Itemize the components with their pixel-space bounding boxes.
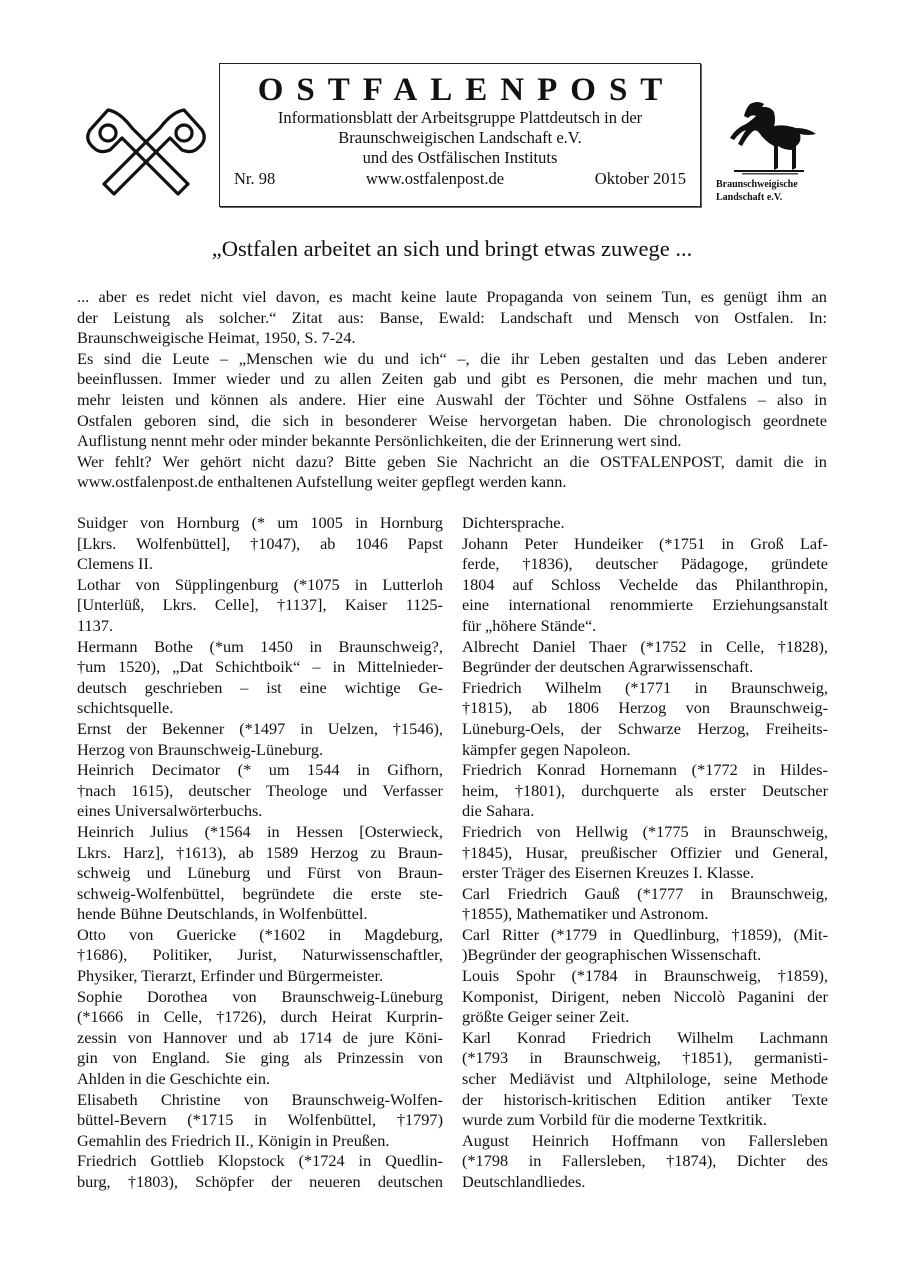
- intro-line: www.ostfalenpost.de enthaltenen Aufstell…: [77, 472, 827, 493]
- right-column-line: erster Träger des Eisernen Kreuzes I. Kl…: [462, 863, 828, 884]
- intro-line: EssinddieLeute–„Menschenwieduundich“–,di…: [77, 349, 827, 370]
- left-column-line: Herzog von Braunschweig-Lüneburg.: [77, 740, 443, 761]
- left-column-line: hende Bühne Deutschlands, in Wolfenbütte…: [77, 904, 443, 925]
- left-column-line: deutschgeschrieben–isteinewichtigeGe-: [77, 678, 443, 699]
- right-column-line: Komponist,Dirigent,nebenNiccolòPaganinid…: [462, 987, 828, 1008]
- left-column-line: Physiker, Tierarzt, Erfinder und Bürgerm…: [77, 966, 443, 987]
- right-column: Dichtersprache.JohannPeterHundeiker(*175…: [462, 513, 828, 1193]
- left-column-line: schichtsquelle.: [77, 698, 443, 719]
- right-column-line: †1815),ab1806HerzogvonBraunschweig-: [462, 698, 828, 719]
- intro-line: beeinflussen.ImmerwiederundzuallenZeiten…: [77, 369, 827, 390]
- left-column-line: Gemahlin des Friedrich II., Königin in P…: [77, 1131, 443, 1152]
- left-column-line: HeinrichDecimator(*um1544inGifhorn,: [77, 760, 443, 781]
- left-column-line: †nach1615),deutscherTheologeundVerfasser: [77, 781, 443, 802]
- right-column-line: FriedrichvonHellwig(*1775inBraunschweig,: [462, 822, 828, 843]
- right-column-line: LouisSpohr(*1784inBraunschweig,†1859),: [462, 966, 828, 987]
- right-column-line: AlbrechtDanielThaer(*1752inCelle,†1828),: [462, 637, 828, 658]
- right-column-line: FriedrichWilhelm(*1771inBraunschweig,: [462, 678, 828, 699]
- left-column-line: ginvonEngland.SiegingalsPrinzessinvon: [77, 1048, 443, 1069]
- left-column-line: FriedrichGottliebKlopstock(*1724inQuedli…: [77, 1151, 443, 1172]
- left-column-line: (*1666inCelle,†1726),durchHeiratKurprin-: [77, 1007, 443, 1028]
- logo-caption-line-2: Landschaft e.V.: [716, 191, 798, 204]
- masthead-subtitle-line-1: Informationsblatt der Arbeitsgruppe Plat…: [220, 108, 700, 128]
- left-column-line: schweigundLüneburgundFürstvonBraun-: [77, 863, 443, 884]
- left-column-line: [Lkrs.Wolfenbüttel],†1047),ab1046Papst: [77, 534, 443, 555]
- right-column-line: )Begründer der geographischen Wissenscha…: [462, 945, 828, 966]
- horse-logo-caption: Braunschweigische Landschaft e.V.: [716, 178, 798, 204]
- right-column-line: Dichtersprache.: [462, 513, 828, 534]
- website-link[interactable]: www.ostfalenpost.de: [366, 169, 504, 189]
- right-column-line: Lüneburg-Oels,derSchwarzeHerzog,Freiheit…: [462, 719, 828, 740]
- masthead-footer: Nr. 98 www.ostfalenpost.de Oktober 2015: [220, 169, 700, 189]
- left-column-line: schweig-Wolfenbüttel,begründetedieerstes…: [77, 884, 443, 905]
- intro-line: mehrleistenundkönnenalsandere.HiereineAu…: [77, 390, 827, 411]
- masthead-subtitle-line-3: und des Ostfälischen Instituts: [220, 148, 700, 168]
- right-column-line: scherMediävistundAltphilologe,seineMetho…: [462, 1069, 828, 1090]
- left-column-line: OttovonGuericke(*1602inMagdeburg,: [77, 925, 443, 946]
- masthead-subtitle-line-2: Braunschweigischen Landschaft e.V.: [220, 128, 700, 148]
- left-column-line: SophieDorotheavonBraunschweig-Lüneburg: [77, 987, 443, 1008]
- right-column-line: kämpfer gegen Napoleon.: [462, 740, 828, 761]
- right-column-line: derhistorisch-kritischenEditionantikerTe…: [462, 1090, 828, 1111]
- right-column-line: FriedrichKonradHornemann(*1772inHildes-: [462, 760, 828, 781]
- right-column-line: KarlKonradFriedrichWilhelmLachmann: [462, 1028, 828, 1049]
- intro-line: ...aberesredetnichtvieldavon,esmachtkein…: [77, 287, 827, 308]
- right-column-line: die Sahara.: [462, 801, 828, 822]
- left-column-line: LotharvonSüpplingenburg(*1075inLutterloh: [77, 575, 443, 596]
- right-column-line: (*1793inBraunschweig,†1851),germanisti-: [462, 1048, 828, 1069]
- left-column-line: burg,†1803),Schöpferderneuerendeutschen: [77, 1172, 443, 1193]
- left-column-line: 1137.: [77, 616, 443, 637]
- logo-caption-line-1: Braunschweigische: [716, 178, 798, 191]
- right-column-line: eineinternationalrenommierteErziehungsan…: [462, 595, 828, 616]
- intro-line: Braunschweigische Heimat, 1950, S. 7-24.: [77, 328, 827, 349]
- left-column-line: Lkrs.Harz],†1613),ab1589HerzogzuBraun-: [77, 843, 443, 864]
- right-column-line: †1845),Husar,preußischerOffizierundGener…: [462, 843, 828, 864]
- intro-line: Ostfalengeborensind,diesichinbesondererW…: [77, 411, 827, 432]
- right-column-line: (*1798inFallersleben,†1874),Dichterdes: [462, 1151, 828, 1172]
- left-column-line: †um1520),„DatSchichtboik“–inMittelnieder…: [77, 657, 443, 678]
- right-column-line: AugustHeinrichHoffmannvonFallersleben: [462, 1131, 828, 1152]
- masthead: OSTFALENPOST Informationsblatt der Arbei…: [219, 63, 701, 207]
- right-column-line: CarlRitter(*1779inQuedlinburg,†1859),(Mi…: [462, 925, 828, 946]
- left-column: SuidgervonHornburg(*um1005inHornburg[Lkr…: [77, 513, 443, 1193]
- publication-title: OSTFALENPOST: [220, 72, 700, 108]
- left-column-line: Ahlden in die Geschichte ein.: [77, 1069, 443, 1090]
- left-column-line: HeinrichJulius(*1564inHessen[Osterwieck,: [77, 822, 443, 843]
- left-column-line: †1686),Politiker,Jurist,Naturwissenschaf…: [77, 945, 443, 966]
- article-intro: ...aberesredetnichtvieldavon,esmachtkein…: [77, 287, 827, 493]
- issue-number: Nr. 98: [234, 169, 275, 189]
- left-column-line: Clemens II.: [77, 554, 443, 575]
- left-column-line: HermannBothe(*um1450inBraunschweig?,: [77, 637, 443, 658]
- right-column-line: Deutschlandliedes.: [462, 1172, 828, 1193]
- right-column-line: größte Geiger seiner Zeit.: [462, 1007, 828, 1028]
- issue-date: Oktober 2015: [595, 169, 686, 189]
- left-column-line: ErnstderBekenner(*1497inUelzen,†1546),: [77, 719, 443, 740]
- left-column-line: [Unterlüß,Lkrs.Celle],†1137],Kaiser1125-: [77, 595, 443, 616]
- intro-line: derLeistungalssolcher.“Zitataus:Banse,Ew…: [77, 308, 827, 329]
- left-column-line: ElisabethChristinevonBraunschweig-Wolfen…: [77, 1090, 443, 1111]
- right-column-line: ferde,†1836),deutscherPädagoge,gründete: [462, 554, 828, 575]
- right-column-line: 1804aufSchlossVecheldedasPhilanthropin,: [462, 575, 828, 596]
- left-column-line: eines Universalwörterbuchs.: [77, 801, 443, 822]
- right-column-line: JohannPeterHundeiker(*1751inGroßLaf-: [462, 534, 828, 555]
- right-column-line: wurde zum Vorbild für die moderne Textkr…: [462, 1110, 828, 1131]
- right-column-line: heim,†1801),durchquertealsersterDeutsche…: [462, 781, 828, 802]
- right-column-line: †1855), Mathematiker und Astronom.: [462, 904, 828, 925]
- article-headline: „Ostfalen arbeitet an sich und bringt et…: [0, 236, 904, 262]
- right-column-line: für „höhere Stände“.: [462, 616, 828, 637]
- left-column-line: büttel-Bevern(*1715inWolfenbüttel,†1797): [77, 1110, 443, 1131]
- crossed-keys-logo-icon: [86, 100, 206, 196]
- intro-line: Werfehlt?Wergehörtnichtdazu?BittegebenSi…: [77, 452, 827, 473]
- left-column-line: zessinvonHannoverundab1714dejureKöni-: [77, 1028, 443, 1049]
- right-column-line: CarlFriedrichGauß(*1777inBraunschweig,: [462, 884, 828, 905]
- right-column-line: Begründer der deutschen Agrarwissenschaf…: [462, 657, 828, 678]
- intro-line: Auflistung nennt mehr oder minder bekann…: [77, 431, 827, 452]
- left-column-line: SuidgervonHornburg(*um1005inHornburg: [77, 513, 443, 534]
